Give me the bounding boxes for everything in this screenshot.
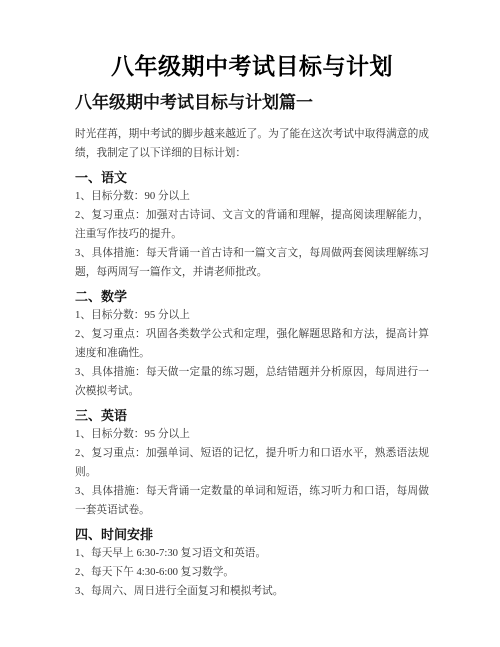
article-subtitle: 八年级期中考试目标与计划篇一	[75, 92, 429, 113]
list-item: 2、复习重点：加强对古诗词、文言文的背诵和理解，提高阅读理解能力，注重写作技巧的…	[75, 206, 429, 244]
section-heading-schedule: 四、时间安排	[75, 525, 429, 544]
list-item: 3、具体措施：每天背诵一定数量的单词和短语，练习听力和口语，每周做一套英语试卷。	[75, 482, 429, 520]
intro-paragraph: 时光荏苒，期中考试的脚步越来越近了。为了能在这次考试中取得满意的成绩，我制定了以…	[75, 125, 429, 163]
section-heading-english: 三、英语	[75, 406, 429, 425]
list-item: 1、每天早上 6:30-7:30 复习语文和英语。	[75, 544, 429, 563]
document-page: 八年级期中考试目标与计划 八年级期中考试目标与计划篇一 时光荏苒，期中考试的脚步…	[0, 0, 500, 647]
list-item: 1、目标分数：95 分以上	[75, 306, 429, 325]
list-item: 3、具体措施：每天背诵一首古诗和一篇文言文，每周做两套阅读理解练习题，每两周写一…	[75, 244, 429, 282]
list-item: 1、目标分数：90 分以上	[75, 187, 429, 206]
section-heading-chinese: 一、语文	[75, 168, 429, 187]
list-item: 2、复习重点：巩固各类数学公式和定理，强化解题思路和方法，提高计算速度和准确性。	[75, 325, 429, 363]
list-item: 3、每周六、周日进行全面复习和模拟考试。	[75, 582, 429, 601]
section-heading-math: 二、数学	[75, 287, 429, 306]
document-title: 八年级期中考试目标与计划	[75, 53, 429, 80]
list-item: 2、每天下午 4:30-6:00 复习数学。	[75, 563, 429, 582]
list-item: 3、具体措施：每天做一定量的练习题，总结错题并分析原因，每周进行一次模拟考试。	[75, 363, 429, 401]
list-item: 1、目标分数：95 分以上	[75, 425, 429, 444]
list-item: 2、复习重点：加强单词、短语的记忆，提升听力和口语水平，熟悉语法规则。	[75, 444, 429, 482]
